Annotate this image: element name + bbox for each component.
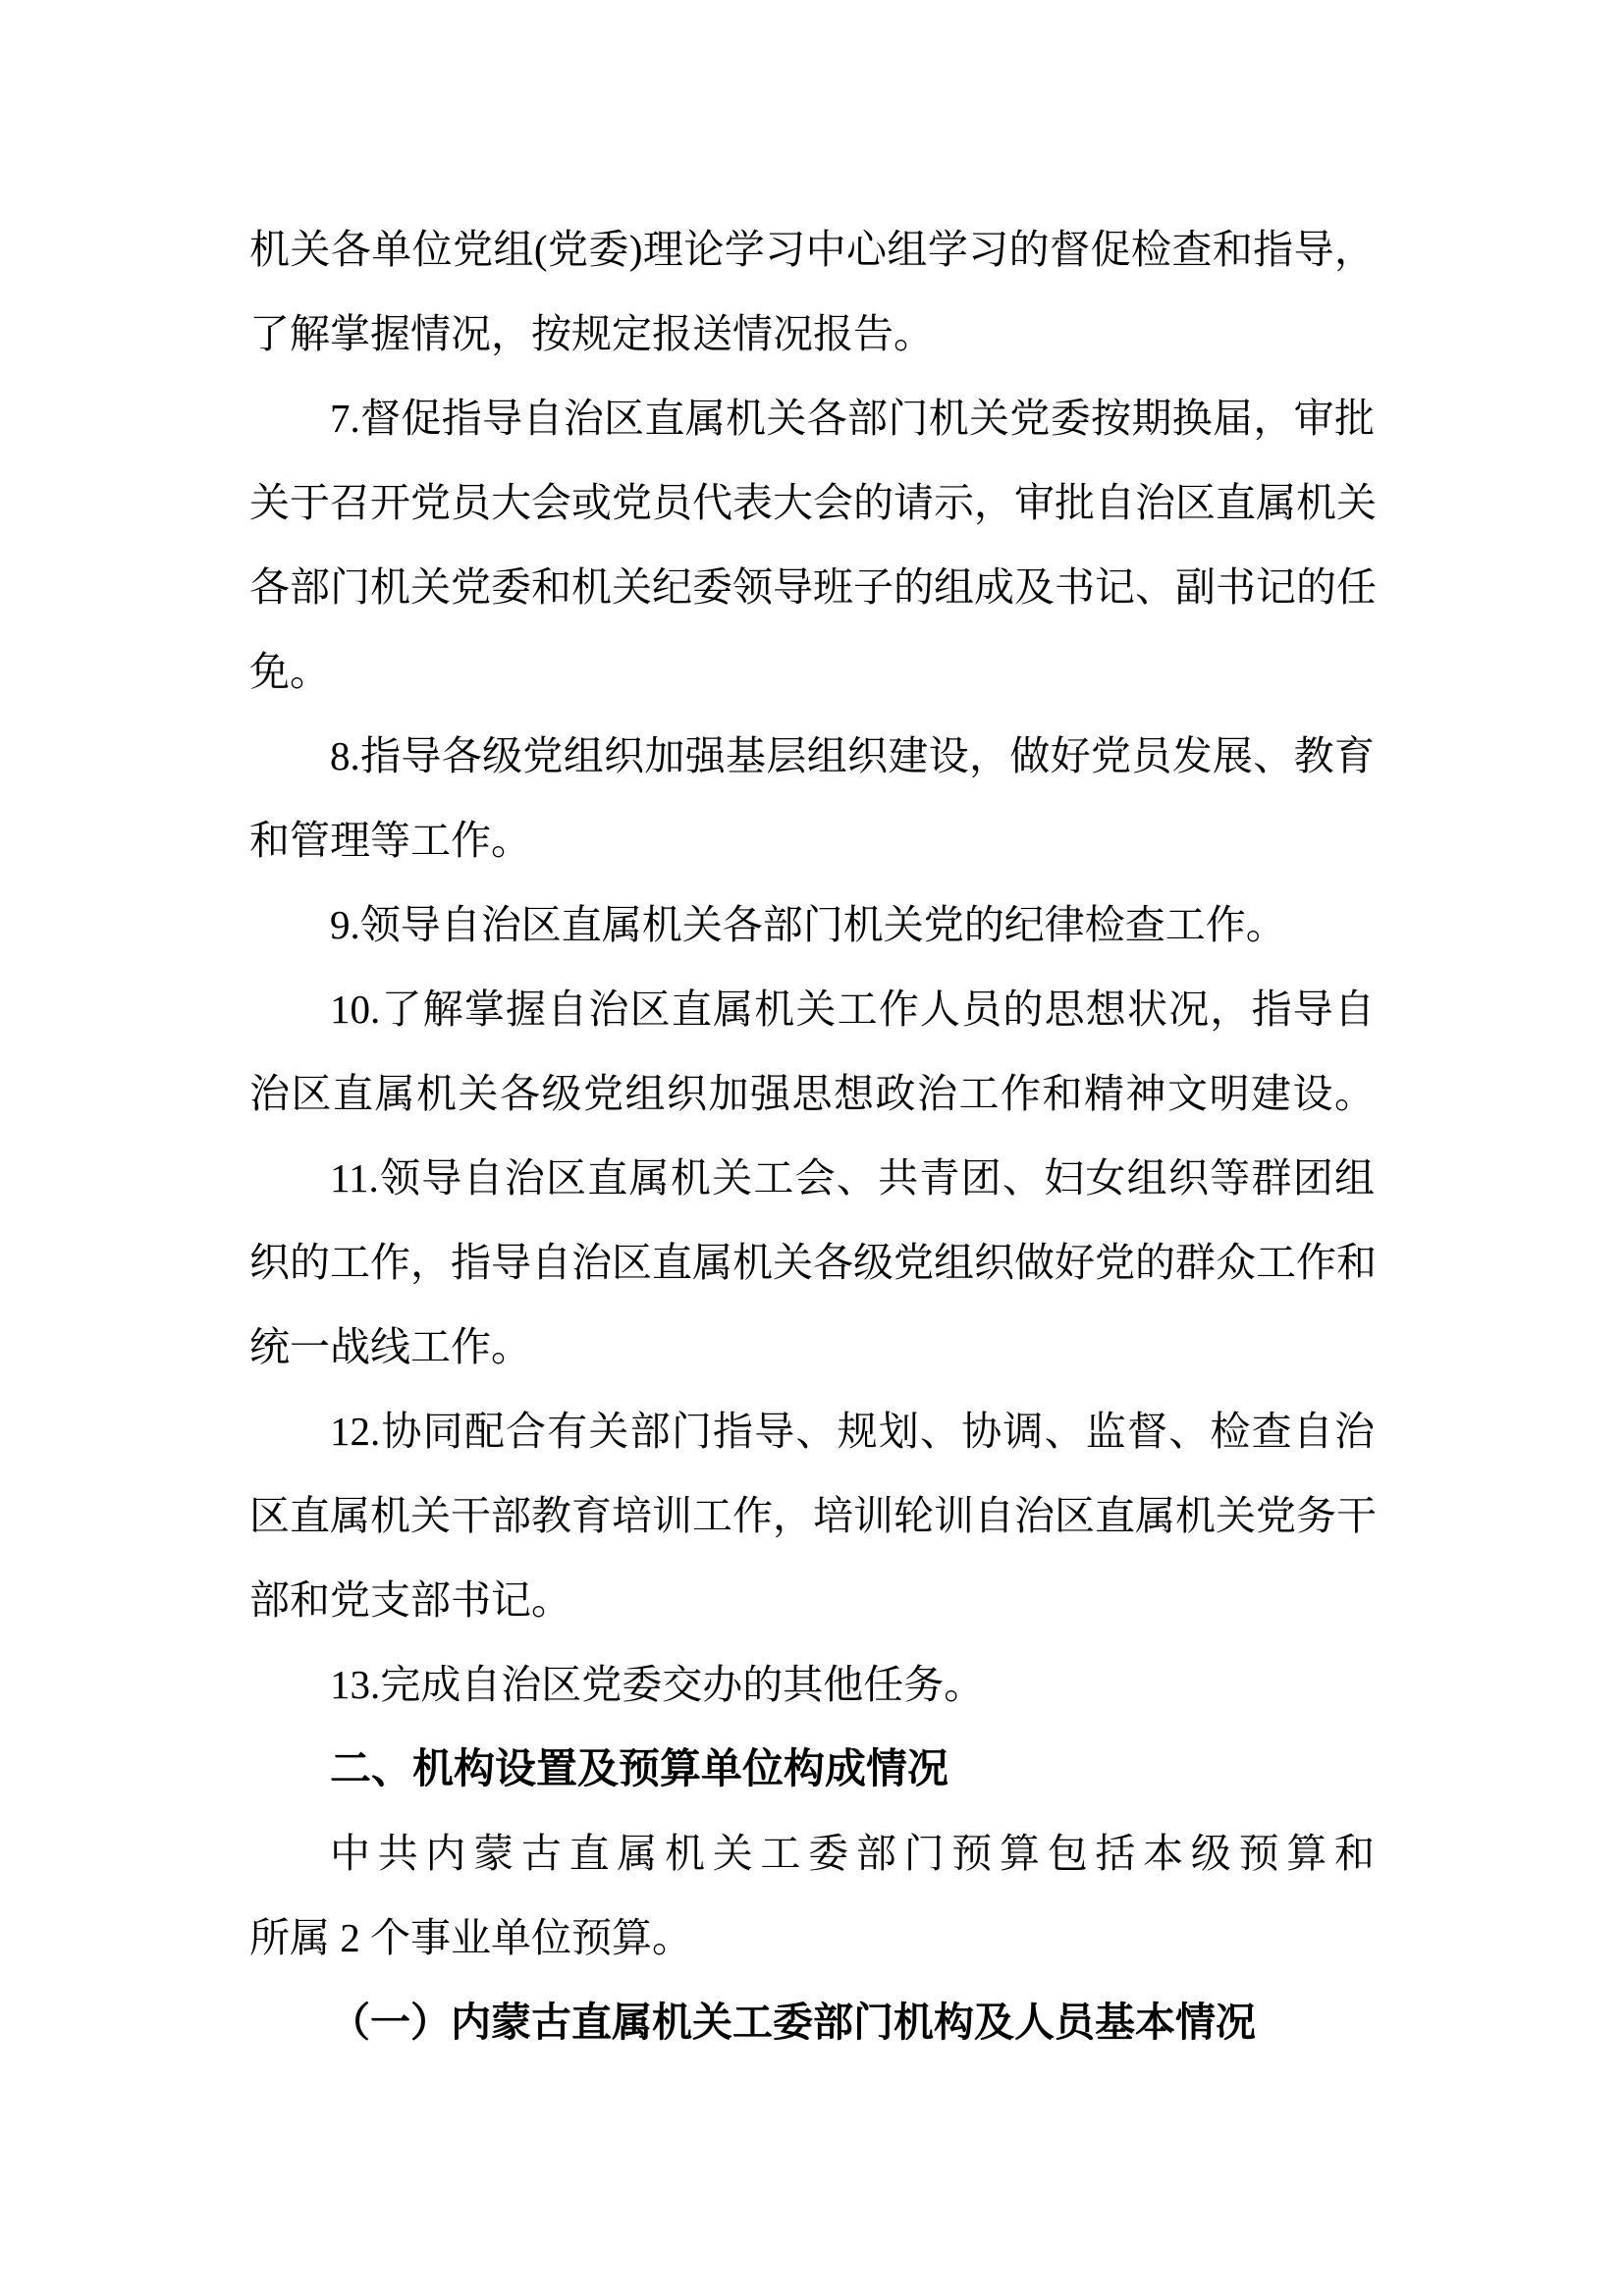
text-line: 织的工作，指导自治区直属机关各级党组织做好党的群众工作和 [249,1220,1375,1305]
text-line: 免。 [249,629,1375,714]
text-line: 8.指导各级党组织加强基层组织建设，做好党员发展、教育 [249,714,1375,798]
text-line: 9.领导自治区直属机关各部门机关党的纪律检查工作。 [249,882,1375,967]
text-line: 所属 2 个事业单位预算。 [249,1896,1375,1980]
document-page: 机关各单位党组(党委)理论学习中心组学习的督促检查和指导，了解掌握情况，按规定报… [0,0,1624,2296]
text-line: 区直属机关干部教育培训工作，培训轮训自治区直属机关党务干 [249,1473,1375,1558]
text-line: 12.协同配合有关部门指导、规划、协调、监督、检查自治 [249,1389,1375,1473]
text-line: 中共内蒙古直属机关工委部门预算包括本级预算和 [249,1811,1375,1896]
document-body: 机关各单位党组(党委)理论学习中心组学习的督促检查和指导，了解掌握情况，按规定报… [249,207,1375,2064]
text-line: 10.了解掌握自治区直属机关工作人员的思想状况，指导自 [249,967,1375,1051]
text-line: 11.领导自治区直属机关工会、共青团、妇女组织等群团组 [249,1136,1375,1220]
text-line: 部和党支部书记。 [249,1558,1375,1642]
section-heading: 二、机构设置及预算单位构成情况 [249,1727,1375,1811]
text-line: 和管理等工作。 [249,798,1375,882]
text-line: 7.督促指导自治区直属机关各部门机关党委按期换届，审批 [249,376,1375,460]
subsection-heading: （一）内蒙古直属机关工委部门机构及人员基本情况 [249,1980,1375,2064]
text-line: 关于召开党员大会或党员代表大会的请示，审批自治区直属机关 [249,460,1375,545]
text-line: 机关各单位党组(党委)理论学习中心组学习的督促检查和指导， [249,207,1375,292]
text-line: 各部门机关党委和机关纪委领导班子的组成及书记、副书记的任 [249,545,1375,629]
text-line: 统一战线工作。 [249,1305,1375,1389]
text-line: 治区直属机关各级党组织加强思想政治工作和精神文明建设。 [249,1051,1375,1136]
text-line: 了解掌握情况，按规定报送情况报告。 [249,292,1375,376]
text-line: 13.完成自治区党委交办的其他任务。 [249,1642,1375,1727]
